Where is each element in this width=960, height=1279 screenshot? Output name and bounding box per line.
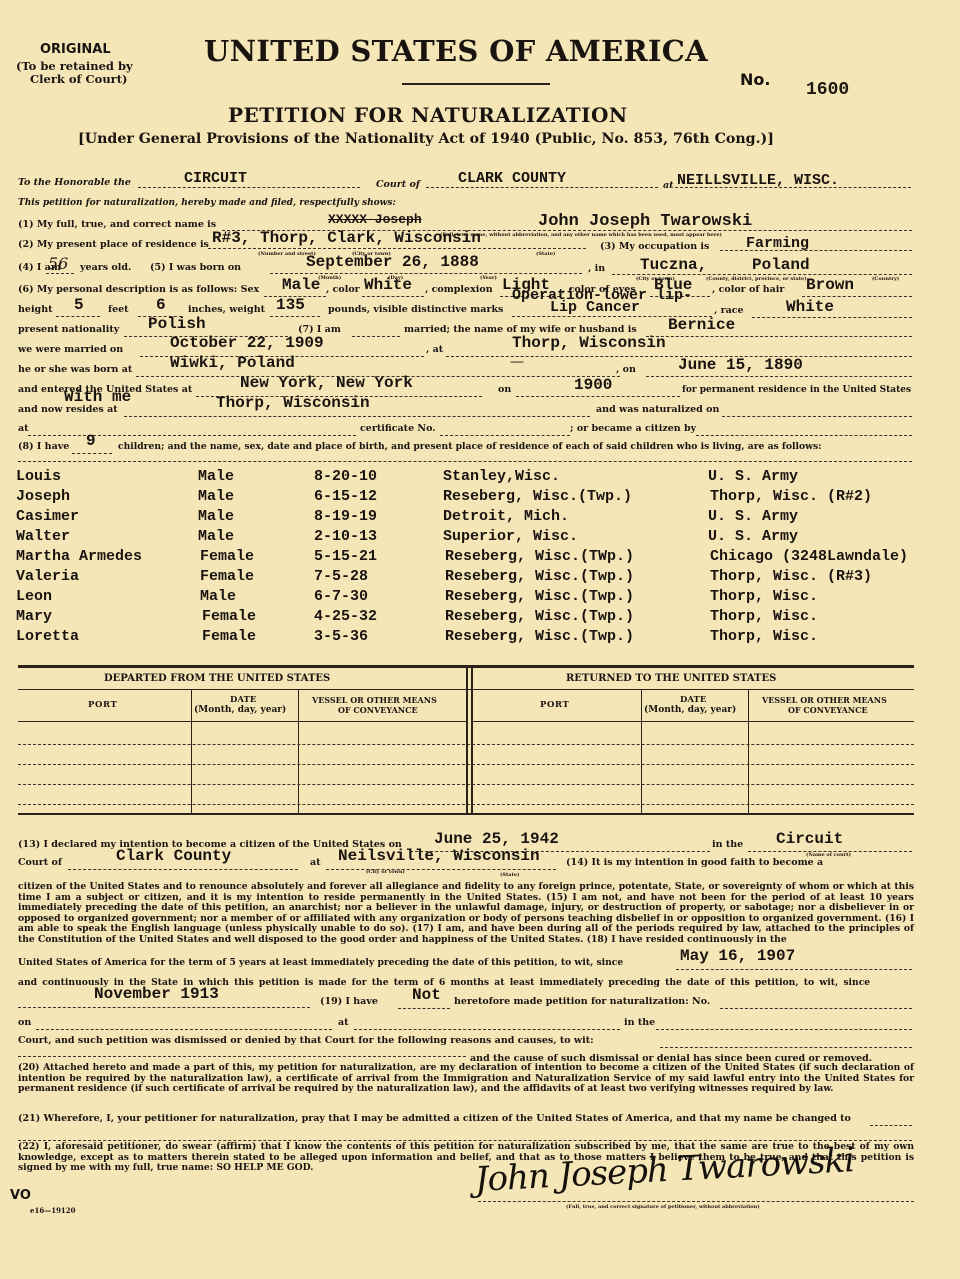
petition-intro: This petition for naturalization, hereby…: [18, 198, 396, 208]
residence-value: R#3, Thorp, Clark, Wisconsin: [212, 229, 481, 247]
child-sex: Male: [198, 488, 234, 505]
returned-date-sub: (Month, day, year): [644, 705, 736, 715]
hair-value: Brown: [806, 276, 854, 294]
departed-title: DEPARTED FROM THE UNITED STATES: [104, 673, 330, 684]
color-label: , color: [326, 284, 360, 295]
child-birthplace: Reseberg, Wisc.(Twp.): [445, 588, 634, 605]
residence-hint-state: (State): [536, 251, 555, 257]
child-residence: Thorp, Wisc.: [710, 588, 818, 605]
departed-date-header: DATE: [230, 695, 256, 705]
dismissed-text: Court, and such petition was dismissed o…: [18, 1035, 594, 1046]
q19-label: (19) I have: [320, 996, 378, 1007]
resides-place-value: Thorp, Wisconsin: [216, 394, 370, 412]
form-code: VO: [10, 1188, 31, 1203]
print-code: e16—19120: [30, 1206, 76, 1215]
race-label: , race: [714, 305, 744, 316]
child-dob: 8-19-19: [314, 508, 377, 525]
sex-value: Male: [282, 276, 320, 294]
q21-text: (21) Wherefore, I, your petitioner for n…: [18, 1113, 851, 1124]
travel-row-2: [18, 763, 914, 765]
act-line: [Under General Provisions of the Nationa…: [78, 131, 774, 147]
child-dob: 8-20-10: [314, 468, 377, 485]
declaration-county-value: Clark County: [116, 847, 231, 865]
cert-place-field: [28, 423, 356, 436]
departed-col-divider-2: [298, 690, 299, 814]
child-name: Walter: [16, 528, 70, 545]
departed-vessel-header-2: OF CONVEYANCE: [338, 705, 418, 715]
prior-place-field: [354, 1017, 620, 1030]
weight-value: 135: [276, 296, 305, 314]
entry-port-value: New York, New York: [240, 374, 413, 392]
returned-col-divider-1: [641, 690, 642, 814]
child-dob: 4-25-32: [314, 608, 377, 625]
declaration-court-value: Circuit: [776, 830, 843, 848]
child-birthplace: Reseberg, Wisc.(TWp.): [445, 548, 634, 565]
child-name: Joseph: [16, 488, 70, 505]
departed-vessel-header-1: VESSEL OR OTHER MEANS: [312, 695, 437, 705]
q1-label: (1) My full, true, and correct name is: [18, 219, 216, 230]
child-birthplace: Stanley,Wisc.: [443, 468, 560, 485]
child-birthplace: Superior, Wisc.: [443, 528, 578, 545]
spouse-born-label: he or she was born at: [18, 364, 132, 375]
naturalization-petition: ORIGINAL (To be retained by Clerk of Cou…: [0, 0, 960, 1279]
state-residence-value: November 1913: [94, 985, 219, 1003]
child-sex: Male: [198, 528, 234, 545]
prior-on-label: on: [18, 1017, 31, 1028]
declaration-place-value: Neilsville, Wisconsin: [338, 847, 540, 865]
departed-col-divider-1: [191, 690, 192, 814]
q14-label: (14) It is my intention in good faith to…: [566, 857, 823, 868]
q19-suffix: heretofore made petition for naturalizat…: [454, 996, 710, 1007]
age-suffix: years old.: [80, 262, 131, 273]
document-subtitle: PETITION FOR NATURALIZATION: [228, 103, 628, 127]
court-at-label: at: [663, 180, 674, 191]
marriage-place-value: Thorp, Wisconsin: [512, 334, 666, 352]
birth-hint-country: (Country): [872, 276, 899, 282]
travel-bottom-rule: [18, 813, 914, 815]
child-dob: 6-7-30: [314, 588, 368, 605]
dismissal-reasons-field-2: [18, 1055, 466, 1057]
returned-vessel-header-2: OF CONVEYANCE: [788, 705, 868, 715]
child-row: Leon Male 6-7-30 Reseberg, Wisc.(Twp.) T…: [0, 588, 960, 608]
prior-in-the-label: in the: [624, 1017, 655, 1028]
in-the-label: in the: [712, 839, 743, 850]
declaration-city-hint: (City or town): [366, 869, 405, 875]
cert-at-label: at: [18, 423, 29, 434]
entry-on-label: on: [498, 384, 511, 395]
child-name: Leon: [16, 588, 52, 605]
title-underline: [402, 83, 550, 85]
spouse-on-label: , on: [616, 364, 636, 375]
retained-note-2: Clerk of Court): [30, 72, 128, 86]
child-row: Walter Male 2-10-13 Superior, Wisc. U. S…: [0, 528, 960, 548]
child-residence: Thorp, Wisc.: [710, 608, 818, 625]
petition-number: 1600: [806, 80, 849, 100]
child-sex: Male: [198, 468, 234, 485]
child-birthplace: Reseberg, Wisc.(Twp.): [445, 568, 634, 585]
child-dob: 3-5-36: [314, 628, 368, 645]
q20-paragraph: (20) Attached hereto and made a part of …: [18, 1063, 914, 1095]
q2-label: (2) My present place of residence is: [18, 239, 209, 250]
child-residence: Chicago (3248Lawndale): [710, 548, 908, 565]
child-name: Valeria: [16, 568, 79, 585]
child-sex: Male: [198, 508, 234, 525]
citizen-by-field: [696, 423, 912, 436]
court-type-value: CIRCUIT: [184, 170, 247, 187]
travel-header-rule-right: [473, 721, 914, 722]
child-name: Mary: [16, 608, 52, 625]
marks-label: pounds, visible distinctive marks: [328, 304, 503, 315]
child-residence: Thorp, Wisc.: [710, 628, 818, 645]
married-on-label: we were married on: [18, 344, 123, 355]
travel-row-4: [18, 803, 914, 805]
signature-hint: (Full, true, and correct signature of pe…: [566, 1204, 760, 1210]
travel-subheader-rule: [18, 689, 914, 690]
original-label: ORIGINAL: [40, 42, 111, 57]
child-name: Casimer: [16, 508, 79, 525]
child-residence: U. S. Army: [708, 528, 798, 545]
child-row: Louis Male 8-20-10 Stanley,Wisc. U. S. A…: [0, 468, 960, 488]
full-name-value: John Joseph Twarowski: [538, 212, 752, 231]
q6-label: (6) My personal description is as follow…: [18, 284, 259, 295]
married-status-field: [352, 324, 400, 337]
hair-label: , color of hair: [712, 284, 784, 295]
entry-suffix: for permanent residence in the United St…: [682, 385, 911, 395]
spouse-born-country-value: —: [510, 354, 524, 370]
birth-date-value: September 26, 1888: [306, 253, 479, 271]
spouse-birth-date-value: June 15, 1890: [678, 356, 803, 374]
child-dob: 2-10-13: [314, 528, 377, 545]
to-honorable-label: To the Honorable the: [18, 177, 131, 188]
spouse-name-value: Bernice: [668, 316, 735, 334]
returned-vessel-header-1: VESSEL OR OTHER MEANS: [762, 695, 887, 705]
child-name: Louis: [16, 468, 61, 485]
q8-suffix: children; and the name, sex, date and pl…: [118, 441, 822, 452]
name-change-field: [870, 1113, 912, 1126]
court-type-field: [138, 172, 360, 188]
child-residence: U. S. Army: [708, 468, 798, 485]
court-of-label: Court of: [18, 857, 62, 868]
child-row: Loretta Female 3-5-36 Reseberg, Wisc.(Tw…: [0, 628, 960, 648]
child-residence: Thorp, Wisc. (R#2): [710, 488, 872, 505]
complexion-label: , complexion: [425, 284, 493, 295]
prior-date-field: [36, 1017, 332, 1030]
child-sex: Female: [202, 608, 256, 625]
q19-value: Not: [412, 986, 441, 1004]
age-value: 56: [48, 254, 68, 273]
marriage-at-label: , at: [426, 344, 443, 355]
us-residence-label: United States of America for the term of…: [18, 957, 623, 968]
child-row: Joseph Male 6-15-12 Reseberg, Wisc.(Twp.…: [0, 488, 960, 508]
birth-city-value: Tuczna,: [640, 256, 707, 274]
cert-number-field: [440, 423, 570, 436]
child-birthplace: Reseberg, Wisc.(Twp.): [445, 628, 634, 645]
children-top-rule: [18, 460, 912, 462]
travel-row-3: [18, 783, 914, 785]
spouse-birthplace-value: Wiwki, Poland: [170, 354, 295, 372]
child-residence: Thorp, Wisc. (R#3): [710, 568, 872, 585]
children-count-value: 9: [86, 432, 96, 450]
q3-label: (3) My occupation is: [600, 241, 709, 252]
citizen-by-label: ; or became a citizen by: [570, 423, 696, 434]
prior-court-field: [656, 1017, 912, 1030]
child-sex: Male: [200, 588, 236, 605]
child-row: Casimer Male 8-19-19 Detroit, Mich. U. S…: [0, 508, 960, 528]
prior-petition-number-field: [720, 996, 912, 1009]
nationality-label: present nationality: [18, 324, 119, 335]
prior-at-label: at: [338, 1017, 349, 1028]
resides-with-value: With me: [64, 388, 131, 406]
birth-hint-year: (Year): [480, 275, 497, 281]
birth-in-label: , in: [588, 263, 605, 274]
returned-port-header: PORT: [540, 700, 569, 710]
declaration-date-value: June 25, 1942: [434, 830, 559, 848]
declaration-at-label: at: [310, 857, 321, 868]
child-sex: Female: [202, 628, 256, 645]
child-birthplace: Reseberg, Wisc.(Twp.): [443, 488, 632, 505]
child-name: Loretta: [16, 628, 79, 645]
height-label: height: [18, 304, 53, 315]
q8-label: (8) I have: [18, 441, 69, 452]
naturalized-label: and was naturalized on: [596, 404, 719, 415]
inches-label: inches, weight: [188, 304, 265, 315]
retained-note-1: (To be retained by: [16, 59, 133, 73]
departed-port-header: PORT: [88, 700, 117, 710]
dismissal-reasons-field: [660, 1035, 912, 1048]
us-residence-value: May 16, 1907: [680, 947, 795, 965]
naturalized-date-field: [722, 404, 912, 417]
birth-hint-month: (Month): [318, 275, 341, 281]
number-label: No.: [740, 70, 770, 89]
marks-value-line-2: Lip Cancer: [550, 299, 640, 316]
child-residence: U. S. Army: [708, 508, 798, 525]
child-birthplace: Reseberg, Wisc.(Twp.): [445, 608, 634, 625]
height-inches-value: 6: [156, 296, 166, 314]
nationality-value: Polish: [148, 315, 206, 333]
allegiance-paragraph: citizen of the United States and to reno…: [18, 882, 914, 945]
travel-row-1: [18, 743, 914, 745]
birth-hint-county: (County, district, province, or state): [706, 276, 807, 282]
birth-country-value: Poland: [752, 256, 810, 274]
court-of-label: Court of: [376, 179, 420, 190]
returned-date-header: DATE: [680, 695, 706, 705]
child-row: Valeria Female 7-5-28 Reseberg, Wisc.(Tw…: [0, 568, 960, 588]
height-feet-value: 5: [74, 296, 84, 314]
child-sex: Female: [200, 568, 254, 585]
race-value: White: [786, 298, 834, 316]
document-title: UNITED STATES OF AMERICA: [204, 34, 708, 68]
child-row: Martha Armedes Female 5-15-21 Reseberg, …: [0, 548, 960, 568]
occupation-value: Farming: [746, 235, 809, 252]
feet-label: feet: [108, 304, 129, 315]
color-value: White: [364, 276, 412, 294]
marriage-date-value: October 22, 1909: [170, 334, 324, 352]
returned-col-divider-2: [748, 690, 749, 814]
signature-line: [478, 1200, 914, 1202]
child-dob: 7-5-28: [314, 568, 368, 585]
q5-label: (5) I was born on: [150, 262, 241, 273]
full-name-struck: XXXXX Joseph: [328, 212, 422, 227]
returned-title: RETURNED TO THE UNITED STATES: [566, 673, 776, 684]
child-row: Mary Female 4-25-32 Reseberg, Wisc.(Twp.…: [0, 608, 960, 628]
child-name: Martha Armedes: [16, 548, 142, 565]
court-city-value: NEILLSVILLE, WISC.: [677, 172, 839, 189]
child-dob: 5-15-21: [314, 548, 377, 565]
entry-year-value: 1900: [574, 376, 612, 394]
child-sex: Female: [200, 548, 254, 565]
cert-label: certificate No.: [360, 423, 436, 434]
child-dob: 6-15-12: [314, 488, 377, 505]
child-birthplace: Detroit, Mich.: [443, 508, 569, 525]
declaration-state-hint: (State): [500, 872, 519, 878]
court-county-value: CLARK COUNTY: [458, 170, 566, 187]
travel-header-rule-left: [18, 721, 466, 722]
departed-date-sub: (Month, day, year): [194, 705, 286, 715]
